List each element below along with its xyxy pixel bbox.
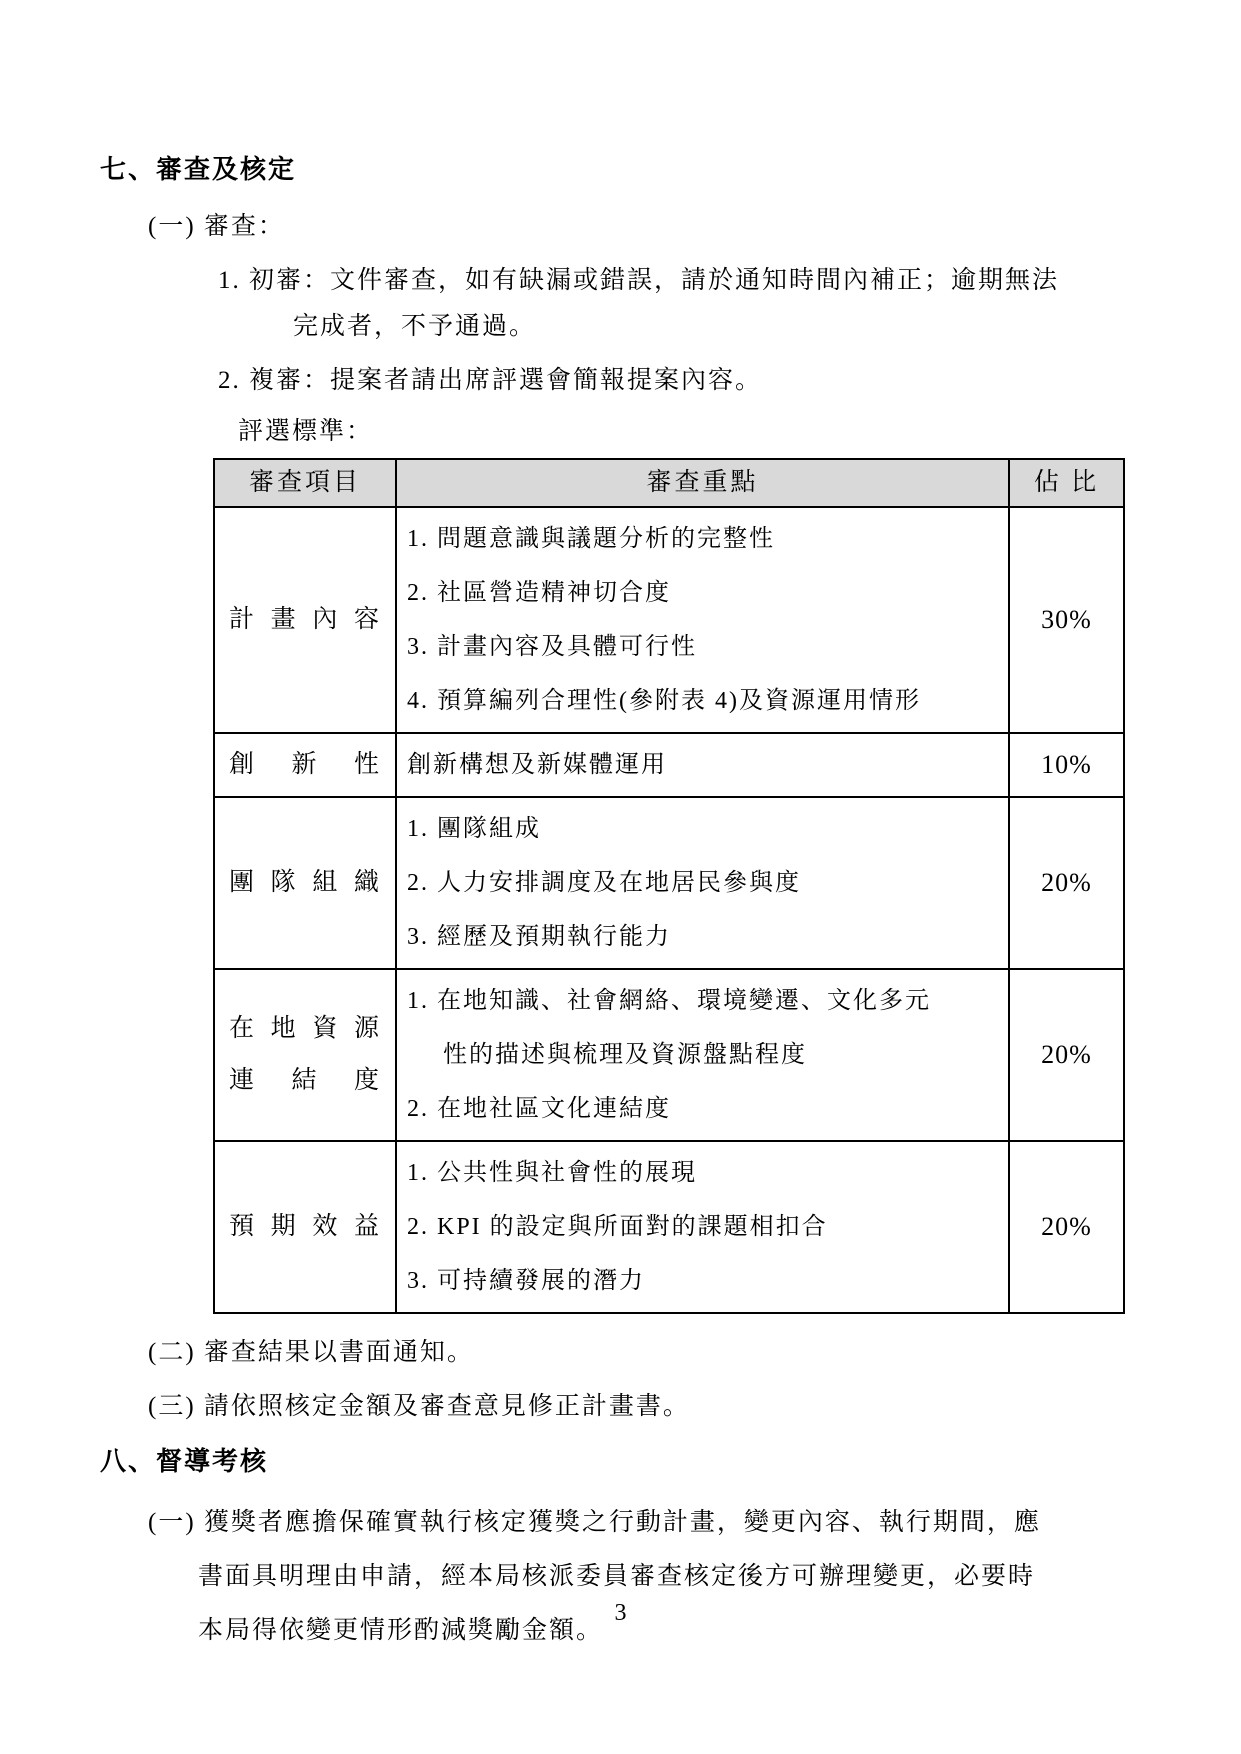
row3-point-2: 2. 人力安排調度及在地居民參與度 — [407, 856, 1000, 910]
table-header-row: 審查項目 審查重點 佔 比 — [214, 459, 1124, 507]
row1-point-1: 1. 問題意識與議題分析的完整性 — [407, 512, 1000, 566]
table-row-plan-content: 計 畫 內 容 1. 問題意識與議題分析的完整性 2. 社區營造精神切合度 3.… — [214, 507, 1124, 733]
row2-item-label: 創 新 性 — [215, 739, 395, 791]
table-row-innovation: 創 新 性 創新構想及新媒體運用 10% — [214, 733, 1124, 797]
document-content: 七、審查及核定 (一) 審查： 1. 初審：文件審查，如有缺漏或錯誤，請於通知時… — [100, 150, 1130, 1658]
header-review-points: 審查重點 — [396, 459, 1009, 507]
section7-item3-label: (三) 請依照核定金額及審查意見修正計畫書。 — [148, 1384, 1130, 1430]
section7-heading: 七、審查及核定 — [100, 150, 1130, 190]
row1-weight: 30% — [1009, 507, 1124, 733]
row1-point-3: 3. 計畫內容及具體可行性 — [407, 620, 1000, 674]
row2-weight: 10% — [1009, 733, 1124, 797]
section8-item1: (一) 獲獎者應擔保確實執行核定獲獎之行動計畫，變更內容、執行期間，應 書面具明… — [148, 1496, 1130, 1658]
table-row-local-resource: 在 地 資 源 連 結 度 1. 在地知識、社會網絡、環境變遷、文化多元 性的描… — [214, 969, 1124, 1141]
criteria-label: 評選標準： — [238, 412, 1130, 452]
row5-point-2: 2. KPI 的設定與所面對的課題相扣合 — [407, 1200, 1000, 1254]
row1-point-4: 4. 預算編列合理性(參附表 4)及資源運用情形 — [407, 674, 1000, 728]
table-row-team-organization: 團 隊 組 織 1. 團隊組成 2. 人力安排調度及在地居民參與度 3. 經歷及… — [214, 797, 1124, 969]
header-weight: 佔 比 — [1009, 459, 1124, 507]
header-review-item: 審查項目 — [214, 459, 396, 507]
row5-item-label: 預 期 效 益 — [215, 1201, 395, 1253]
row5-point-1: 1. 公共性與社會性的展現 — [407, 1146, 1000, 1200]
row3-point-3: 3. 經歷及預期執行能力 — [407, 910, 1000, 964]
row3-item-label: 團 隊 組 織 — [215, 857, 395, 909]
section7-item1-sub1: 1. 初審：文件審查，如有缺漏或錯誤，請於通知時間內補正；逾期無法 完成者，不予… — [218, 258, 1130, 350]
table-row-expected-benefit: 預 期 效 益 1. 公共性與社會性的展現 2. KPI 的設定與所面對的課題相… — [214, 1141, 1124, 1313]
document-page: 七、審查及核定 (一) 審查： 1. 初審：文件審查，如有缺漏或錯誤，請於通知時… — [0, 0, 1241, 1754]
row4-item-label: 在 地 資 源 連 結 度 — [215, 1003, 395, 1107]
section7-item1-label: (一) 審查： — [148, 204, 1130, 250]
row4-point-1: 1. 在地知識、社會網絡、環境變遷、文化多元 性的描述與梳理及資源盤點程度 — [407, 974, 1000, 1082]
section8-heading: 八、督導考核 — [100, 1442, 1130, 1482]
row4-weight: 20% — [1009, 969, 1124, 1141]
row5-weight: 20% — [1009, 1141, 1124, 1313]
page-number: 3 — [0, 1595, 1241, 1631]
row4-point-2: 2. 在地社區文化連結度 — [407, 1082, 1000, 1136]
row1-item-label: 計 畫 內 容 — [215, 594, 395, 646]
section7-item2-label: (二) 審查結果以書面通知。 — [148, 1330, 1130, 1376]
row3-weight: 20% — [1009, 797, 1124, 969]
row2-point-1: 創新構想及新媒體運用 — [407, 738, 1000, 792]
row1-point-2: 2. 社區營造精神切合度 — [407, 566, 1000, 620]
row3-point-1: 1. 團隊組成 — [407, 802, 1000, 856]
criteria-table: 審查項目 審查重點 佔 比 計 畫 內 容 1. 問題意識與議題分析的完整性 2… — [213, 458, 1125, 1314]
section7-item1-sub2: 2. 複審：提案者請出席評選會簡報提案內容。 — [218, 358, 1130, 404]
row5-point-3: 3. 可持續發展的潛力 — [407, 1254, 1000, 1308]
